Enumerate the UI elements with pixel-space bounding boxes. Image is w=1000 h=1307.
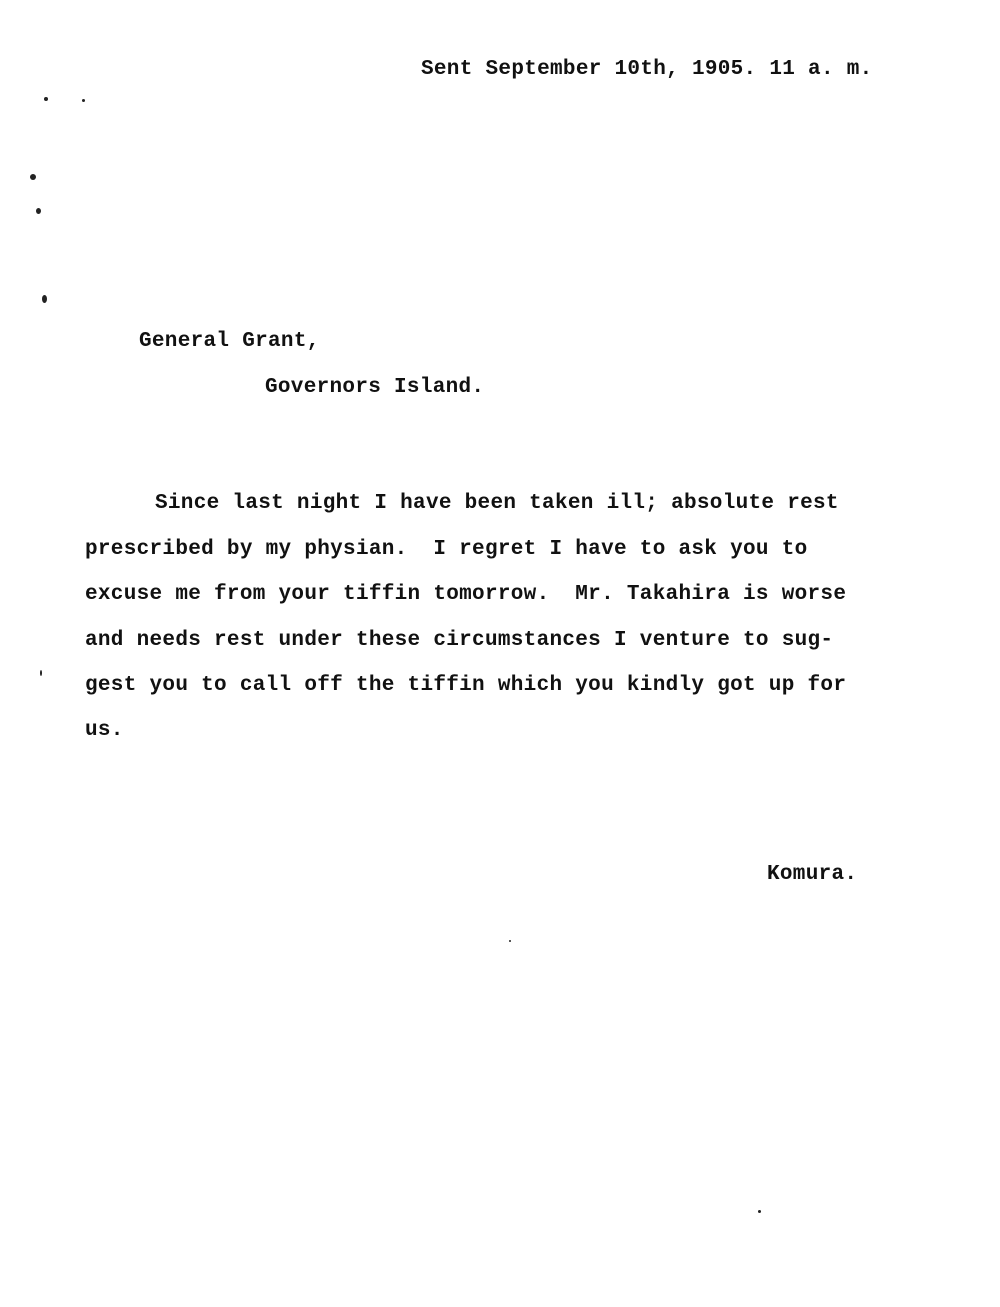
body-line: us. (85, 719, 124, 742)
body-line: and needs rest under these circumstances… (85, 629, 833, 652)
scan-speck (30, 174, 36, 180)
scan-speck (82, 99, 85, 102)
body-line: gest you to call off the tiffin which yo… (85, 674, 846, 697)
scan-speck (40, 670, 42, 676)
scan-speck (42, 295, 47, 303)
signature: Komura. (767, 863, 857, 886)
scan-speck (509, 940, 511, 942)
letter-page: Sent September 10th, 1905. 11 a. m. Gene… (0, 0, 1000, 1307)
scan-speck (44, 97, 48, 101)
body-line: Since last night I have been taken ill; … (155, 492, 839, 515)
body-line: excuse me from your tiffin tomorrow. Mr.… (85, 583, 846, 606)
recipient-address: Governors Island. (265, 376, 484, 399)
recipient-name: General Grant, (139, 330, 320, 353)
scan-speck (36, 208, 41, 214)
body-line: prescribed by my physian. I regret I hav… (85, 538, 808, 561)
dateline: Sent September 10th, 1905. 11 a. m. (421, 58, 873, 81)
scan-speck (758, 1210, 761, 1213)
